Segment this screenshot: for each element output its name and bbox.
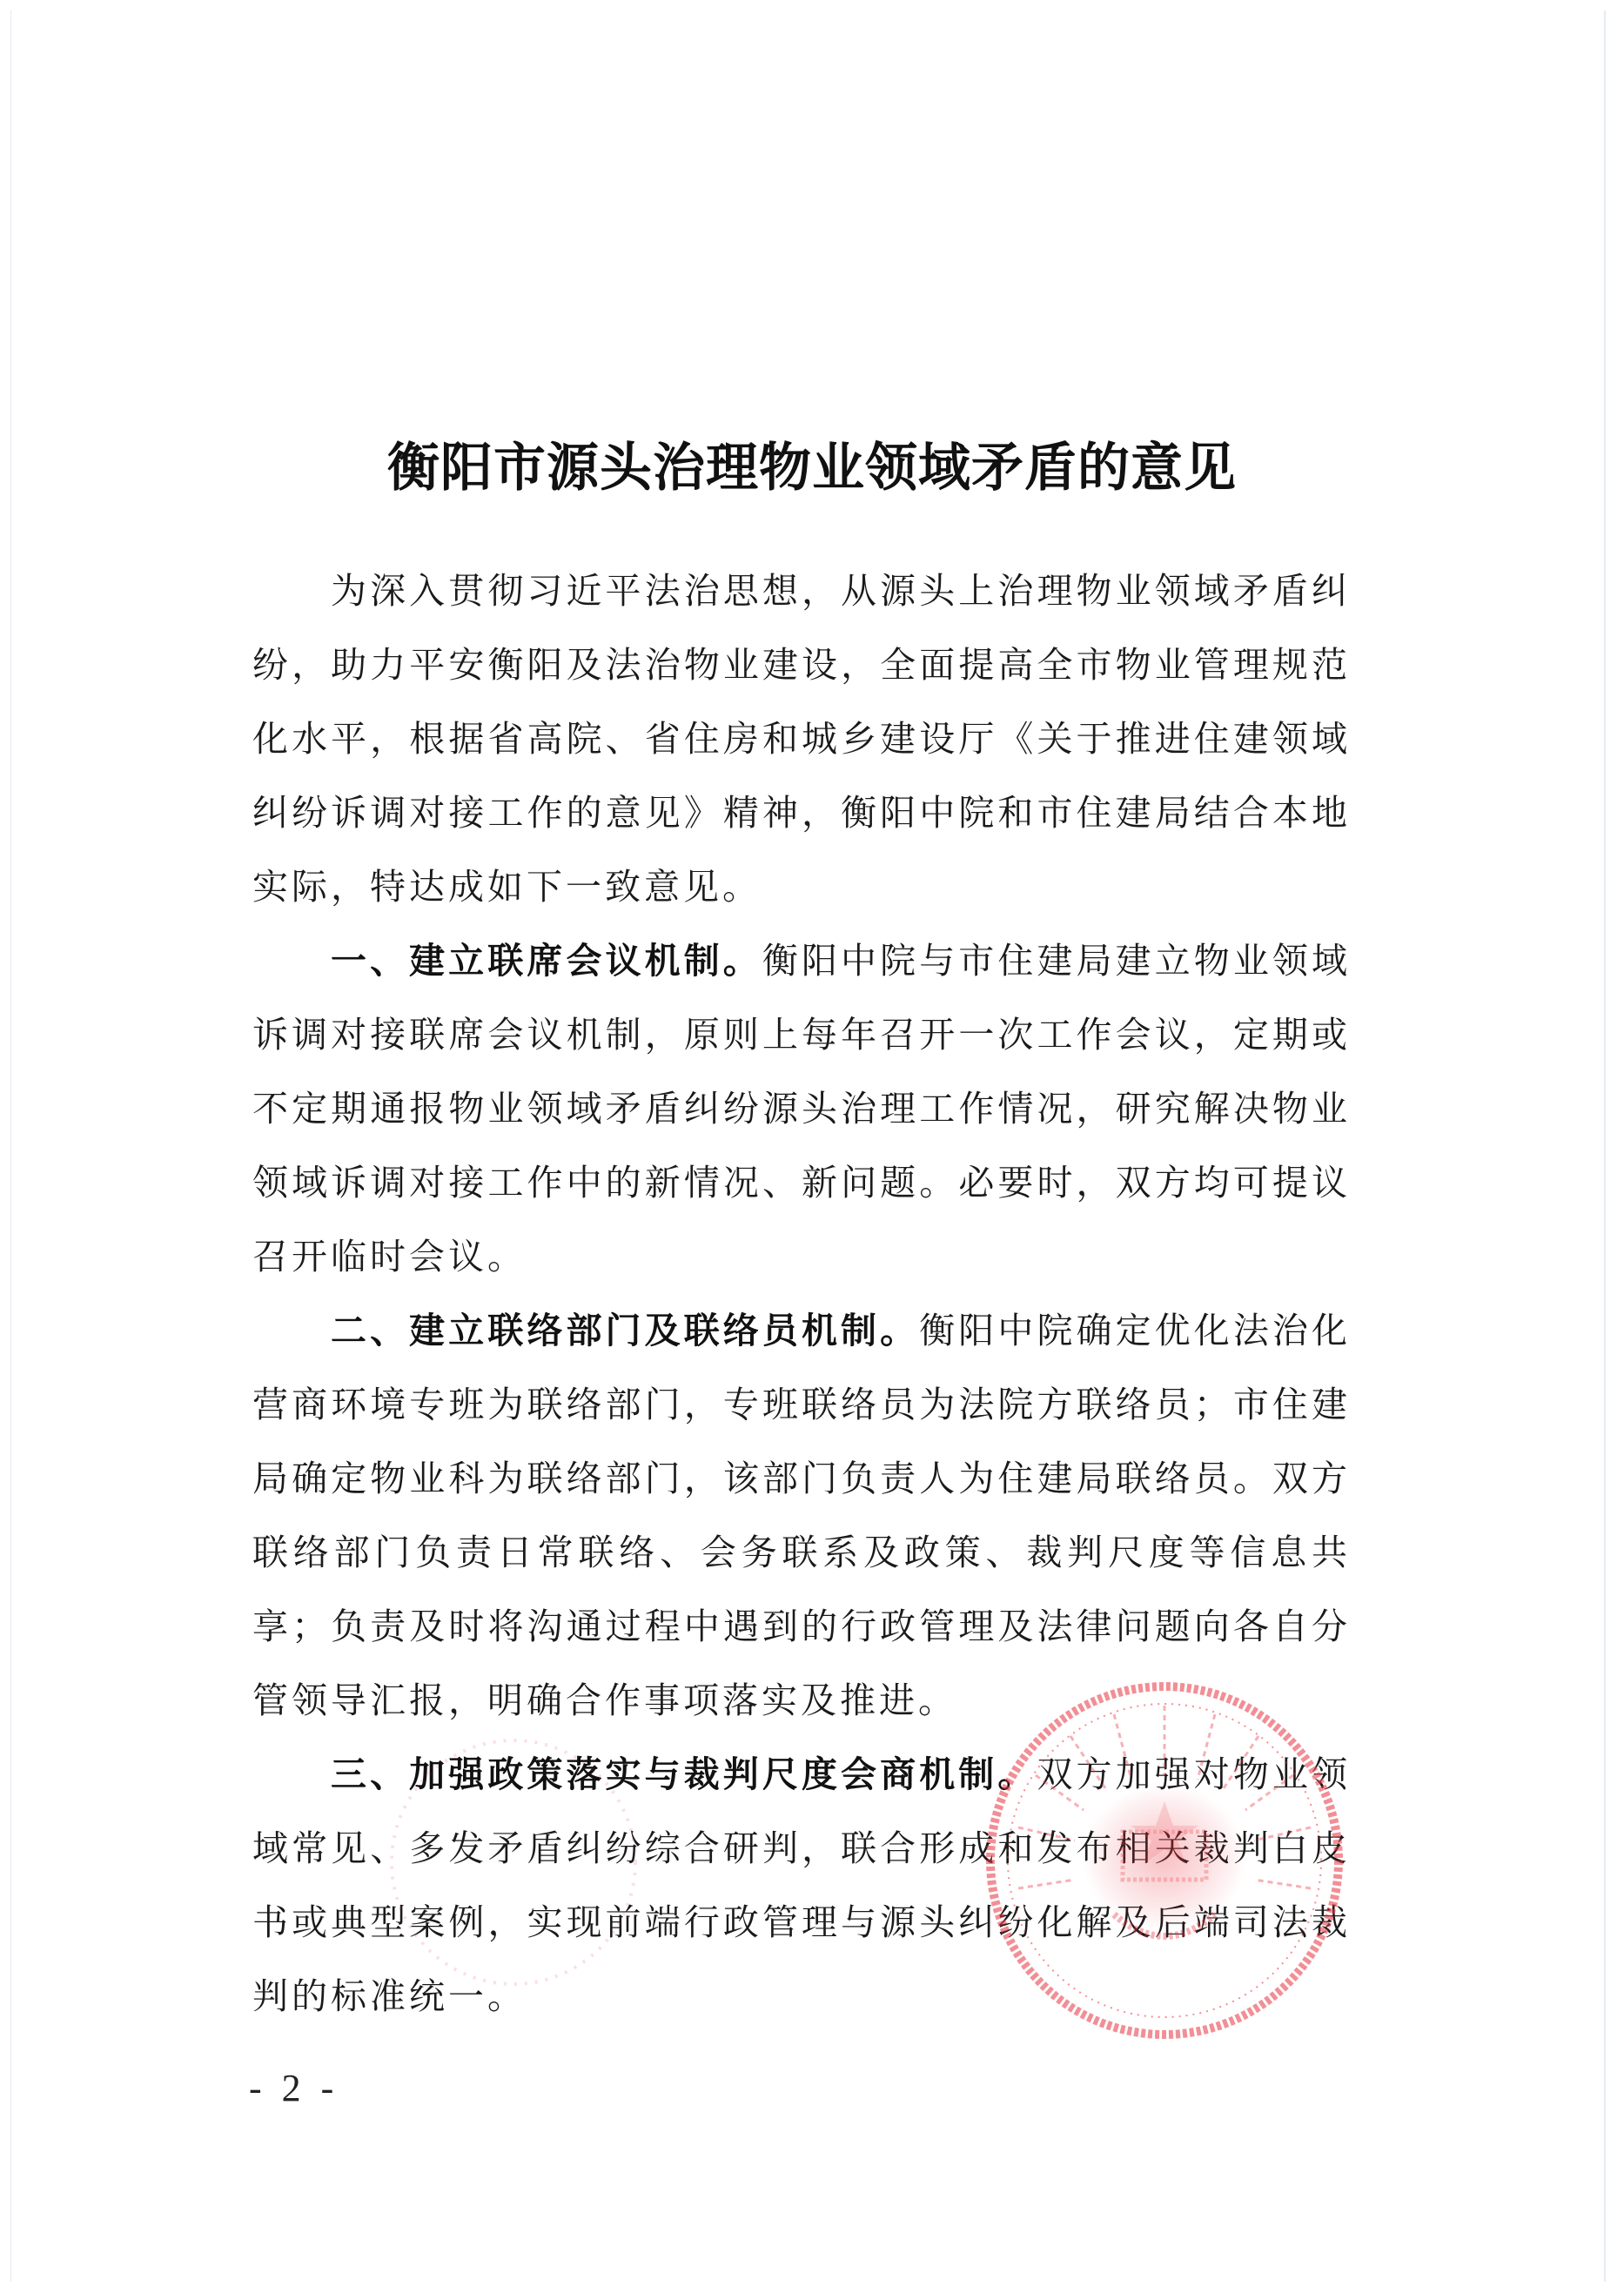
paragraph-section-1: 一、建立联席会议机制。衡阳中院与市住建局建立物业领域诉调对接联席会议机制，原则上…	[252, 924, 1351, 1294]
paragraph-text: 衡阳中院与市住建局建立物业领域诉调对接联席会议机制，原则上每年召开一次工作会议，…	[252, 940, 1351, 1277]
document-body: 为深入贯彻习近平法治思想，从源头上治理物业领域矛盾纠纷，助力平安衡阳及法治物业建…	[252, 554, 1351, 2034]
paragraph-intro: 为深入贯彻习近平法治思想，从源头上治理物业领域矛盾纠纷，助力平安衡阳及法治物业建…	[252, 554, 1351, 924]
page-edge-left	[10, 10, 11, 2282]
paragraph-text: 衡阳中院确定优化法治化营商环境专班为联络部门，专班联络员为法院方联络员；市住建局…	[252, 1310, 1351, 1721]
document-title: 衡阳市源头治理物业领域矛盾的意见	[0, 437, 1624, 499]
section-heading: 二、建立联络部门及联络员机制。	[331, 1310, 919, 1351]
paragraph-text: 为深入贯彻习近平法治思想，从源头上治理物业领域矛盾纠纷，助力平安衡阳及法治物业建…	[252, 570, 1351, 908]
section-heading: 一、建立联席会议机制。	[331, 940, 762, 982]
paragraph-section-3: 三、加强政策落实与裁判尺度会商机制。双方加强对物业领域常见、多发矛盾纠纷综合研判…	[252, 1738, 1351, 2034]
section-heading: 三、加强政策落实与裁判尺度会商机制。	[331, 1753, 1037, 1795]
page-number: - 2 -	[249, 2064, 339, 2113]
paragraph-section-2: 二、建立联络部门及联络员机制。衡阳中院确定优化法治化营商环境专班为联络部门，专班…	[252, 1294, 1351, 1738]
page-edge-right	[1604, 10, 1606, 2282]
